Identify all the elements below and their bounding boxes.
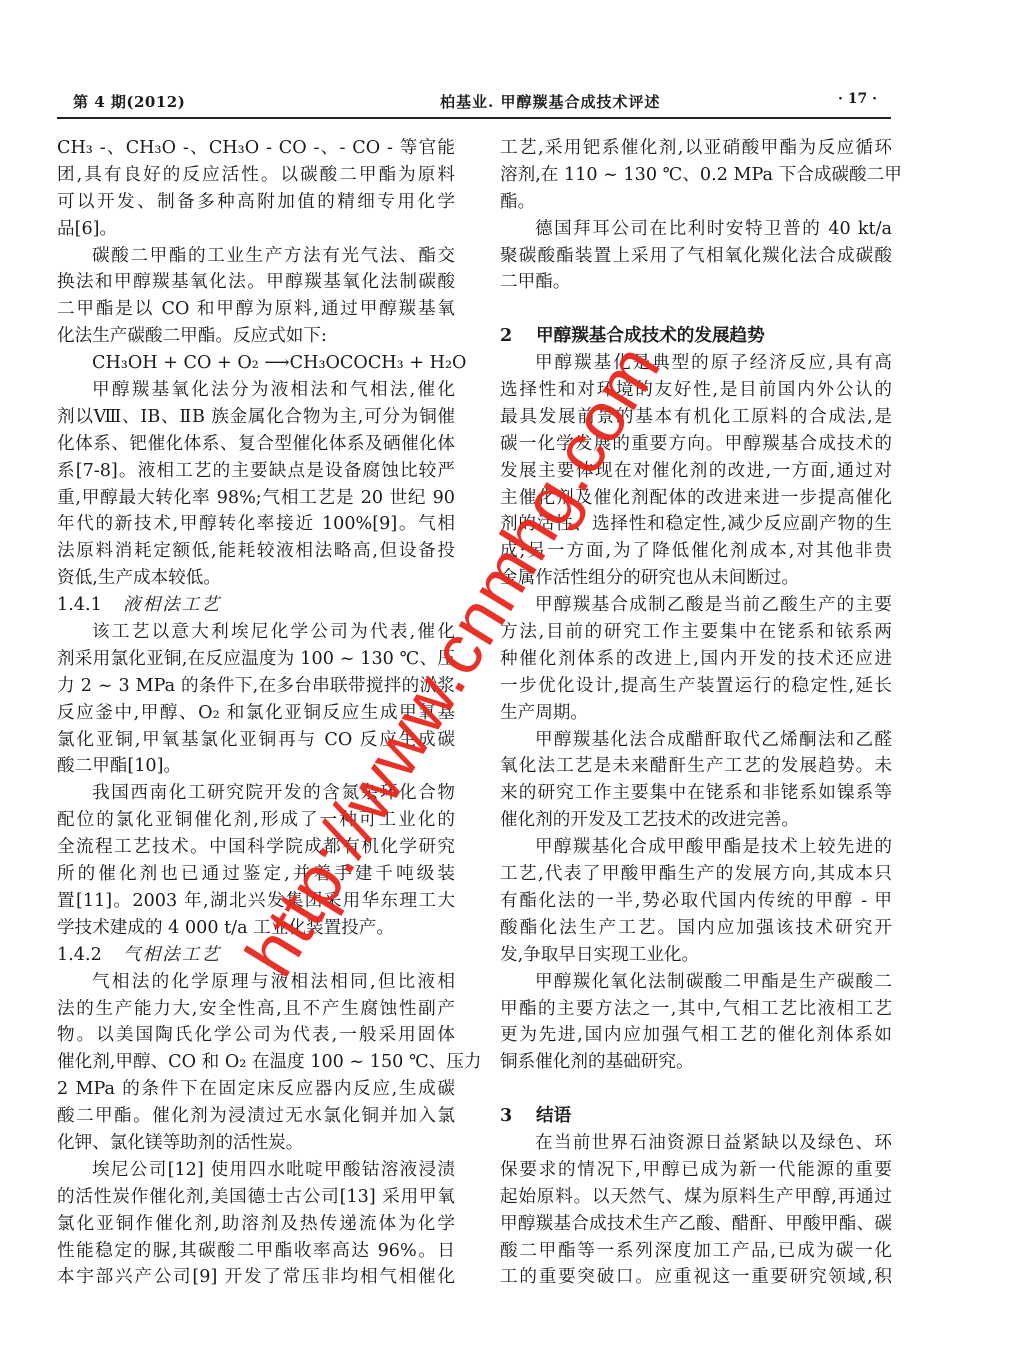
section-title: 结语 [536,1105,571,1126]
text-line: 最具发展前景的基本有机化工原料的合成法,是 [500,404,892,431]
issue-label: 第 4 期(2012) [73,91,185,112]
text-line: 反应釜中,甲醇、O₂ 和氯化亚铜反应生成甲氧基 [57,700,455,727]
text-line: 法原料消耗定额低,能耗较液相法略高,但设备投 [57,538,455,565]
text-line: 酯。 [500,189,892,216]
text-line: 碳一化学发展的重要方向。甲醇羰基合成技术的 [500,431,892,458]
text-line: 氯化亚铜,甲氧基氯化亚铜再与 CO 反应生成碳 [57,727,455,754]
text-line: 系[7-8]。液相工艺的主要缺点是设备腐蚀比较严 [57,458,455,485]
text-line: 发展主要体现在对催化剂的改进,一方面,通过对 [500,458,892,485]
text-line: 金属作活性组分的研究也从未间断过。 [500,565,892,592]
text-line: 碳酸二甲酯的工业生产方法有光气法、酯交 [57,243,455,270]
text-line: 有酯化法的一半,势必取代国内传统的甲醇 - 甲 [500,888,892,915]
text-line: 工艺,采用钯系催化剂,以亚硝酸甲酯为反应循环 [500,135,892,162]
subsection-heading-1-4-1: 1.4.1液相法工艺 [57,592,455,619]
text-line: 催化剂的开发及工艺技术的改进完善。 [500,807,892,834]
text-line: 化钾、氯化镁等助剂的活性炭。 [57,1130,455,1157]
text-line: 力 2 ~ 3 MPa 的条件下,在多台串联带搅拌的淤浆 [57,673,455,700]
text-line: 酸二甲酯[10]。 [57,753,455,780]
text-line: 甲醇羰基氧化法分为液相法和气相法,催化 [57,377,455,404]
page-number: · 17 · [838,91,877,107]
text-line: 化法生产碳酸二甲酯。反应式如下: [57,323,455,350]
text-line: 德国拜耳公司在比利时安特卫普的 40 kt/a [500,216,892,243]
text-line: 酸酯化法生产工艺。国内应加强该技术研究开 [500,915,892,942]
text-line: 换法和甲醇羰基氧化法。甲醇羰基氧化法制碳酸 [57,269,455,296]
text-line: 来的研究工作主要集中在铑系和非铑系如镍系等 [500,780,892,807]
text-line: 氧化法工艺是未来醋酐生产工艺的发展趋势。未 [500,753,892,780]
text-line: 化体系、钯催化体系、复合型催化体系及硒催化体 [57,431,455,458]
text-line: 方法,目前的研究工作主要集中在铑系和铱系两 [500,619,892,646]
left-block-3: 气相法的化学原理与液相法相同,但比液相法的生产能力大,安全性高,且不产生腐蚀性副… [57,969,455,1292]
subsection-number: 1.4.2 [57,942,123,969]
text-line: 甲酯的主要方法之一,其中,气相工艺比液相工艺 [500,996,892,1023]
right-block-1: 工艺,采用钯系催化剂,以亚硝酸甲酯为反应循环溶剂,在 110 ~ 130 ℃、0… [500,135,892,296]
text-line: 法的生产能力大,安全性高,且不产生腐蚀性副产 [57,996,455,1023]
text-line: 物。以美国陶氏化学公司为代表,一般采用固体 [57,1022,455,1049]
text-line: 团,具有良好的反应活性。以碳酸二甲酯为原料 [57,162,455,189]
text-line: 甲醇羰基化是典型的原子经济反应,具有高 [500,350,892,377]
spacer [500,296,892,323]
text-line: 聚碳酸酯装置上采用了气相氧化羰化法合成碳酸 [500,243,892,270]
text-line: 重,甲醇最大转化率 98%;气相工艺是 20 世纪 90 [57,485,455,512]
text-line: 甲醇羰基合成技术生产乙酸、醋酐、甲酸甲酯、碳 [500,1211,892,1238]
text-line: 剂采用氯化亚铜,在反应温度为 100 ~ 130 ℃、压 [57,646,455,673]
running-title: 柏基业. 甲醇羰基合成技术评述 [440,91,660,112]
text-line: CH₃ -、CH₃O -、CH₃O - CO -、- CO - 等官能 [57,135,455,162]
text-line: 氯化亚铜作催化剂,助溶剂及热传递流体为化学 [57,1211,455,1238]
subsection-number: 1.4.1 [57,592,123,619]
reaction-equation: CH₃OH + CO + O₂ ⟶CH₃OCOCH₃ + H₂O [57,350,455,377]
text-line: 二甲酯是以 CO 和甲醇为原料,通过甲醇羰基氧 [57,296,455,323]
text-line: 选择性和对环境的友好性,是目前国内外公认的 [500,377,892,404]
running-header: 第 4 期(2012) 柏基业. 甲醇羰基合成技术评述 · 17 · [57,89,891,119]
text-line: 学技术建成的 4 000 t/a 工业化装置投产。 [57,915,455,942]
text-line: 性能稳定的脲,其碳酸二甲酯收率高达 96%。日 [57,1238,455,1265]
subsection-title: 气相法工艺 [123,945,221,965]
left-block-1: CH₃ -、CH₃O -、CH₃O - CO -、- CO - 等官能团,具有良… [57,135,455,592]
text-line: 二甲酯。 [500,269,892,296]
text-line: 2 MPa 的条件下在固定床反应器内反应,生成碳 [57,1076,455,1103]
section-title: 甲醇羰基合成技术的发展趋势 [536,325,765,346]
section-heading-2: 2甲醇羰基合成技术的发展趋势 [500,323,892,350]
header-rule [57,117,891,119]
text-line: 置[11]。2003 年,湖北兴发集团采用华东理工大 [57,888,455,915]
left-block-2: 该工艺以意大利埃尼化学公司为代表,催化剂采用氯化亚铜,在反应温度为 100 ~ … [57,619,455,942]
subsection-heading-1-4-2: 1.4.2气相法工艺 [57,942,455,969]
text-line: 生产周期。 [500,700,892,727]
text-line: 所的催化剂也已通过鉴定,并着手建千吨级装 [57,861,455,888]
text-line: 酸二甲酯等一系列深度加工产品,已成为碳一化 [500,1238,892,1265]
text-line: 成;另一方面,为了降低催化剂成本,对其他非贵 [500,538,892,565]
text-line: 催化剂,甲醇、CO 和 O₂ 在温度 100 ~ 150 ℃、压力 [57,1049,455,1076]
text-line: 我国西南化工研究院开发的含氮杂环化合物 [57,780,455,807]
text-line: 气相法的化学原理与液相法相同,但比液相 [57,969,455,996]
text-line: 品[6]。 [57,216,455,243]
text-line: 剂以Ⅷ、IB、ⅡB 族金属化合物为主,可分为铜催 [57,404,455,431]
text-line: 发,争取早日实现工业化。 [500,942,892,969]
text-line: 可以开发、制备多种高附加值的精细专用化学 [57,189,455,216]
section-number: 3 [500,1103,536,1130]
text-line: 该工艺以意大利埃尼化学公司为代表,催化 [57,619,455,646]
text-line: 溶剂,在 110 ~ 130 ℃、0.2 MPa 下合成碳酸二甲 [500,162,892,189]
text-line: 更为先进,国内应加强气相工艺的催化剂体系如 [500,1022,892,1049]
text-line: 铜系催化剂的基础研究。 [500,1049,892,1076]
text-line: 工的重要突破口。应重视这一重要研究领域,积 [500,1264,892,1291]
text-line: 甲醇羰化氧化法制碳酸二甲酯是生产碳酸二 [500,969,892,996]
right-column: 工艺,采用钯系催化剂,以亚硝酸甲酯为反应循环溶剂,在 110 ~ 130 ℃、0… [500,135,892,1291]
subsection-title: 液相法工艺 [123,595,221,615]
left-column: CH₃ -、CH₃O -、CH₃O - CO -、- CO - 等官能团,具有良… [57,135,455,1291]
text-line: 起始原料。以天然气、煤为原料生产甲醇,再通过 [500,1184,892,1211]
right-block-3: 在当前世界石油资源日益紧缺以及绿色、环保要求的情况下,甲醇已成为新一代能源的重要… [500,1130,892,1291]
text-line: 甲醇羰基化合成甲酸甲酯是技术上较先进的 [500,834,892,861]
text-line: 全流程工艺技术。中国科学院成都有机化学研究 [57,834,455,861]
right-block-2: 甲醇羰基化是典型的原子经济反应,具有高选择性和对环境的友好性,是目前国内外公认的… [500,350,892,1076]
section-number: 2 [500,323,536,350]
text-line: 本宇部兴产公司[9] 开发了常压非均相气相催化 [57,1264,455,1291]
text-line: 埃尼公司[12] 使用四水吡啶甲酸钴溶液浸渍 [57,1157,455,1184]
text-line: 工艺,代表了甲酸甲酯生产的发展方向,其成本只 [500,861,892,888]
text-line: 种催化剂体系的改进上,国内开发的技术还应进 [500,646,892,673]
text-line: 甲醇羰基化法合成醋酐取代乙烯酮法和乙醛 [500,727,892,754]
text-line: 剂的活性、选择性和稳定性,减少反应副产物的生 [500,511,892,538]
text-line: 主催化剂及催化剂配体的改进来进一步提高催化 [500,485,892,512]
text-line: 一步优化设计,提高生产装置运行的稳定性,延长 [500,673,892,700]
text-line: 配位的氯化亚铜催化剂,形成了一种可工业化的 [57,807,455,834]
spacer [500,1076,892,1103]
text-line: 酸二甲酯。催化剂为浸渍过无水氯化铜并加入氯 [57,1103,455,1130]
text-line: 资低,生产成本较低。 [57,565,455,592]
section-heading-3: 3结语 [500,1103,892,1130]
text-line: 年代的新技术,甲醇转化率接近 100%[9]。气相 [57,511,455,538]
text-line: 在当前世界石油资源日益紧缺以及绿色、环 [500,1130,892,1157]
text-line: 保要求的情况下,甲醇已成为新一代能源的重要 [500,1157,892,1184]
text-line: 甲醇羰基合成制乙酸是当前乙酸生产的主要 [500,592,892,619]
text-line: 的活性炭作催化剂,美国德士古公司[13] 采用甲氧 [57,1184,455,1211]
